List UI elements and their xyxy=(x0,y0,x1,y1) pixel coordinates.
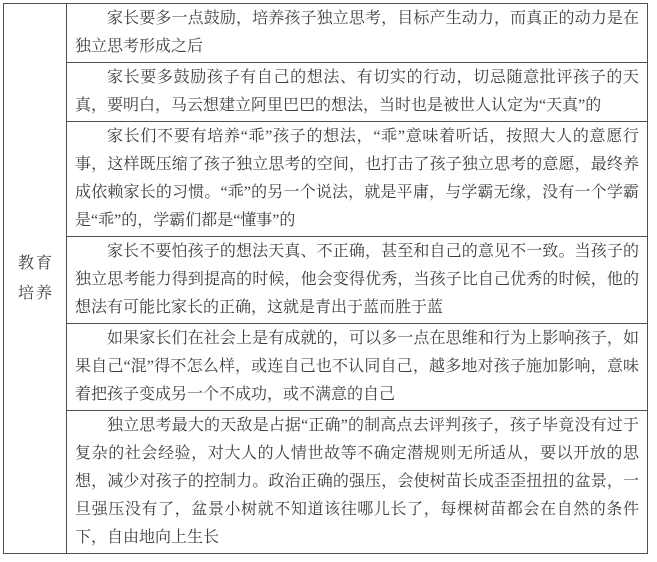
table-row: 家长要多一点鼓励，培养孩子独立思考，目标产生动力，而真正的动力是在独立思考形成之… xyxy=(67,4,647,62)
table-cell-text: 家长们不要有培养“乖”孩子的想法，“乖”意味着听话，按照大人的意愿行事，这样既压… xyxy=(75,123,639,235)
document-page: 教育 培养 家长要多一点鼓励，培养孩子独立思考，目标产生动力，而真正的动力是在独… xyxy=(0,0,657,562)
table-cell-text: 家长要多鼓励孩子有自己的想法、有切实的行动，切忌随意批评孩子的天真，要明白，马云… xyxy=(75,64,639,120)
table-row: 如果家长们在社会上是有成就的，可以多一点在思维和行为上影响孩子，如果自己“混”得… xyxy=(67,323,647,410)
table-cell-text: 家长不要怕孩子的想法天真、不正确，甚至和自己的意见不一致。当孩子的独立思考能力得… xyxy=(75,238,639,322)
table-row: 家长们不要有培养“乖”孩子的想法，“乖”意味着听话，按照大人的意愿行事，这样既压… xyxy=(67,121,647,236)
table-row: 家长要多鼓励孩子有自己的想法、有切实的行动，切忌随意批评孩子的天真，要明白，马云… xyxy=(67,62,647,121)
table-cell-text: 如果家长们在社会上是有成就的，可以多一点在思维和行为上影响孩子，如果自己“混”得… xyxy=(75,325,639,409)
table-row: 家长不要怕孩子的想法天真、不正确，甚至和自己的意见不一致。当孩子的独立思考能力得… xyxy=(67,236,647,323)
row-header-text-line1: 教育 xyxy=(16,249,54,279)
table-cell-text: 家长要多一点鼓励，培养孩子独立思考，目标产生动力，而真正的动力是在独立思考形成之… xyxy=(75,5,639,61)
row-header-cell: 教育 培养 xyxy=(4,4,67,553)
table-content-column: 家长要多一点鼓励，培养孩子独立思考，目标产生动力，而真正的动力是在独立思考形成之… xyxy=(67,4,647,553)
row-header-text-line2: 培养 xyxy=(16,279,54,309)
table-row: 独立思考最大的天敌是占据“正确”的制高点去评判孩子，孩子毕竟没有过于复杂的社会经… xyxy=(67,410,647,553)
table-cell-text: 独立思考最大的天敌是占据“正确”的制高点去评判孩子，孩子毕竟没有过于复杂的社会经… xyxy=(75,412,639,552)
education-table: 教育 培养 家长要多一点鼓励，培养孩子独立思考，目标产生动力，而真正的动力是在独… xyxy=(3,3,648,554)
